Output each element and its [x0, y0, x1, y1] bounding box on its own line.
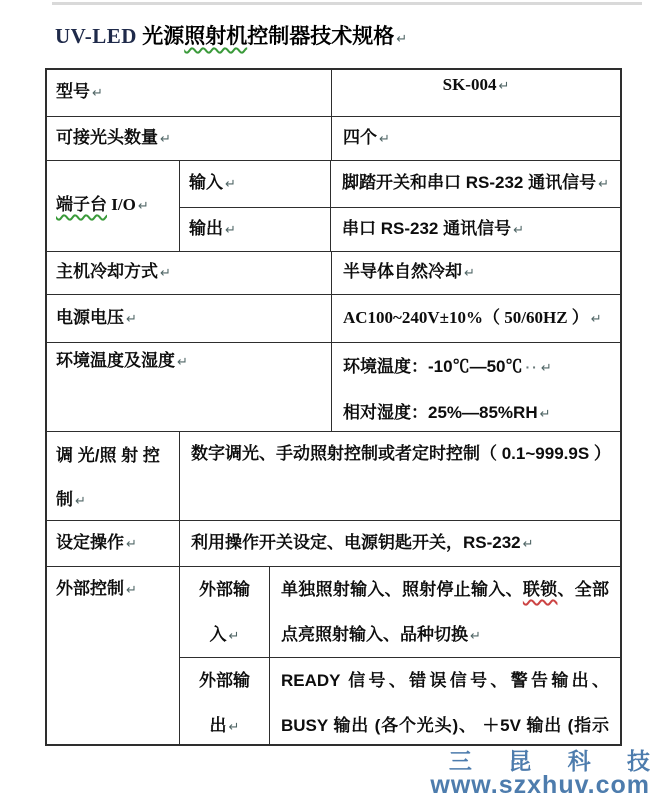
paragraph-mark: ↵ — [126, 537, 137, 552]
external-input-value-spellcheck: 联锁 — [523, 580, 558, 599]
cell-external-output-value: READY 信号、错误信号、警告输出、BUSY 输出 (各个光头)、 ＋5V 输… — [270, 658, 620, 745]
paragraph-mark: ↵ — [379, 132, 390, 147]
terminal-output-value: 串口 RS-232 通讯信号 — [342, 219, 511, 238]
cell-environment-label: 环境温度及湿度↵ — [47, 343, 332, 431]
row-environment: 环境温度及湿度↵ 环境温度：-10℃—50℃··↵ 相对湿度：25%—85%RH… — [47, 343, 620, 432]
title-post: 控制器技术规格 — [247, 24, 394, 48]
cell-terminal-output-label: 输出↵ — [180, 208, 331, 251]
terminal-subrows: 输入↵ 脚踏开关和串口 RS-232 通讯信号↵ 输出↵ 串口 RS-232 通… — [180, 161, 620, 251]
terminal-input-label: 输入 — [189, 173, 223, 192]
cell-cooling-value: 半导体自然冷却↵ — [332, 252, 620, 294]
cell-cooling-label: 主机冷却方式↵ — [47, 252, 332, 294]
cell-environment-value: 环境温度：-10℃—50℃··↵ 相对湿度：25%—85%RH↵ — [332, 343, 620, 431]
cell-external-input-value: 单独照射输入、照射停止输入、联锁、全部点亮照射输入、品种切换↵ — [270, 567, 620, 657]
cell-external-label: 外部控制↵ — [47, 567, 180, 744]
cooling-label: 主机冷却方式 — [56, 262, 158, 281]
paragraph-mark: ↵ — [541, 361, 552, 376]
external-output-value: READY 信号、错误信号、警告输出、BUSY 输出 (各个光头)、 ＋5V 输… — [281, 671, 609, 745]
external-output-label-line1: 外部输 — [199, 658, 250, 703]
cell-setting-value: 利用操作开关设定、电源钥匙开关，RS-232↵ — [180, 521, 620, 566]
title-pre: 光源 — [137, 24, 184, 48]
paragraph-mark: ↵ — [75, 494, 86, 509]
power-label: 电源电压 — [56, 308, 124, 327]
paragraph-mark: ↵ — [523, 537, 534, 552]
cooling-value: 半导体自然冷却 — [343, 262, 462, 281]
cell-power-value: AC100~240V±10%（ 50/60HZ ）↵ — [332, 295, 620, 342]
environment-humidity-line: 相对湿度：25%—85%RH↵ — [343, 391, 552, 431]
terminal-label-cjk: 端子台 — [56, 195, 107, 214]
scan-artifact-line — [52, 2, 642, 5]
dimming-label-line1: 调 光/照 射 控 — [56, 434, 160, 478]
external-output-label-line2-text: 出 — [210, 716, 227, 735]
watermark: 三 昆 科 技 www.szxhuv.com — [430, 749, 650, 797]
paragraph-mark: ↵ — [225, 177, 236, 192]
row-external-output: 外部输 出↵ READY 信号、错误信号、警告输出、BUSY 输出 (各个光头)… — [180, 658, 620, 745]
paragraph-mark: ↵ — [229, 629, 240, 644]
paragraph-mark: ↵ — [160, 266, 171, 281]
paragraph-mark: ↵ — [513, 223, 524, 238]
row-setting: 设定操作↵ 利用操作开关设定、电源钥匙开关，RS-232↵ — [47, 521, 620, 567]
cell-power-label: 电源电压↵ — [47, 295, 332, 342]
environment-temp-text: 环境温度：-10℃—50℃ — [343, 357, 522, 376]
paragraph-mark: ↵ — [464, 266, 475, 281]
cell-external-input-label: 外部输 入↵ — [180, 567, 270, 657]
paragraph-mark: ↵ — [126, 312, 137, 327]
setting-label: 设定操作 — [56, 533, 124, 552]
title-spellcheck-segment: 照射机 — [184, 24, 247, 48]
row-terminal-output: 输出↵ 串口 RS-232 通讯信号↵ — [180, 208, 620, 251]
paragraph-mark: ↵ — [540, 407, 551, 422]
row-terminal-input: 输入↵ 脚踏开关和串口 RS-232 通讯信号↵ — [180, 161, 620, 208]
cell-terminal-output-value: 串口 RS-232 通讯信号↵ — [331, 208, 620, 251]
paragraph-mark: ↵ — [225, 223, 236, 238]
cell-external-output-label: 外部输 出↵ — [180, 658, 270, 745]
terminal-output-label: 输出 — [189, 219, 223, 238]
paragraph-mark: ↵ — [160, 132, 171, 147]
paragraph-mark: ↵ — [92, 86, 103, 101]
heads-value: 四个 — [343, 128, 377, 147]
row-cooling: 主机冷却方式↵ 半导体自然冷却↵ — [47, 252, 620, 295]
cell-dimming-label: 调 光/照 射 控 制↵ — [47, 432, 180, 520]
external-subrows: 外部输 入↵ 单独照射输入、照射停止输入、联锁、全部点亮照射输入、品种切换↵ 外… — [180, 567, 620, 744]
row-heads: 可接光头数量↵ 四个↵ — [47, 117, 620, 161]
cell-model-value: SK-004↵ — [332, 70, 620, 116]
dimming-label-line2-text: 制 — [56, 490, 73, 509]
paragraph-mark: ↵ — [598, 177, 609, 192]
row-power: 电源电压↵ AC100~240V±10%（ 50/60HZ ）↵ — [47, 295, 620, 343]
paragraph-mark: ↵ — [498, 79, 509, 94]
cell-terminal-label: 端子台 I/O↵ — [47, 161, 180, 251]
model-label: 型号 — [56, 82, 90, 101]
watermark-company: 三 昆 科 技 — [430, 749, 665, 773]
environment-humidity-text: 相对湿度：25%—85%RH — [343, 403, 538, 422]
external-input-label-line2-text: 入 — [210, 625, 227, 644]
terminal-label-io: I/O — [107, 195, 136, 214]
row-dimming: 调 光/照 射 控 制↵ 数字调光、手动照射控制或者定时控制（ 0.1~999.… — [47, 432, 620, 521]
row-terminal-io: 端子台 I/O↵ 输入↵ 脚踏开关和串口 RS-232 通讯信号↵ 输出↵ 串口… — [47, 161, 620, 252]
setting-value: 利用操作开关设定、电源钥匙开关，RS-232 — [191, 533, 521, 552]
cell-heads-label: 可接光头数量↵ — [47, 117, 332, 160]
power-value: AC100~240V±10%（ 50/60HZ ） — [343, 308, 589, 327]
cell-terminal-input-value: 脚踏开关和串口 RS-232 通讯信号↵ — [331, 161, 620, 207]
dimming-label-line2: 制↵ — [56, 478, 160, 520]
paragraph-mark: ↵ — [126, 583, 137, 598]
cell-terminal-input-label: 输入↵ — [180, 161, 331, 207]
title-latin: UV-LED — [55, 24, 137, 48]
cell-dimming-value: 数字调光、手动照射控制或者定时控制（ 0.1~999.9S ） — [180, 432, 620, 520]
watermark-url: www.szxhuv.com — [430, 773, 650, 797]
page-title: UV-LED 光源照射机控制器技术规格↵ — [55, 22, 670, 54]
dimming-value: 数字调光、手动照射控制或者定时控制（ 0.1~999.9S ） — [191, 443, 611, 465]
paragraph-mark: ↵ — [470, 629, 481, 644]
external-output-label-line2: 出↵ — [199, 703, 250, 745]
spec-table: 型号↵ SK-004↵ 可接光头数量↵ 四个↵ 端子台 I/O↵ 输入↵ 脚踏开… — [45, 68, 622, 746]
paragraph-mark: ↵ — [396, 32, 407, 47]
external-label: 外部控制 — [56, 579, 124, 598]
model-value: SK-004 — [443, 75, 497, 94]
paragraph-mark: ↵ — [229, 720, 240, 735]
paragraph-mark: ↵ — [138, 199, 149, 214]
terminal-input-value: 脚踏开关和串口 RS-232 通讯信号 — [342, 173, 596, 192]
row-model: 型号↵ SK-004↵ — [47, 70, 620, 117]
environment-label: 环境温度及湿度 — [56, 351, 175, 370]
external-input-label-line2: 入↵ — [199, 612, 250, 657]
paragraph-mark: ↵ — [177, 355, 188, 370]
format-dots: ·· — [525, 359, 538, 375]
environment-temp-line: 环境温度：-10℃—50℃··↵ — [343, 345, 552, 391]
paragraph-mark: ↵ — [591, 312, 602, 327]
cell-heads-value: 四个↵ — [332, 117, 620, 160]
cell-model-label: 型号↵ — [47, 70, 332, 116]
cell-setting-label: 设定操作↵ — [47, 521, 180, 566]
external-input-value-pre: 单独照射输入、照射停止输入、 — [281, 580, 523, 599]
external-input-label-line1: 外部输 — [199, 567, 250, 612]
row-external-input: 外部输 入↵ 单独照射输入、照射停止输入、联锁、全部点亮照射输入、品种切换↵ — [180, 567, 620, 658]
row-external-control: 外部控制↵ 外部输 入↵ 单独照射输入、照射停止输入、联锁、全部点亮照射输入、品… — [47, 567, 620, 744]
heads-label: 可接光头数量 — [56, 128, 158, 147]
